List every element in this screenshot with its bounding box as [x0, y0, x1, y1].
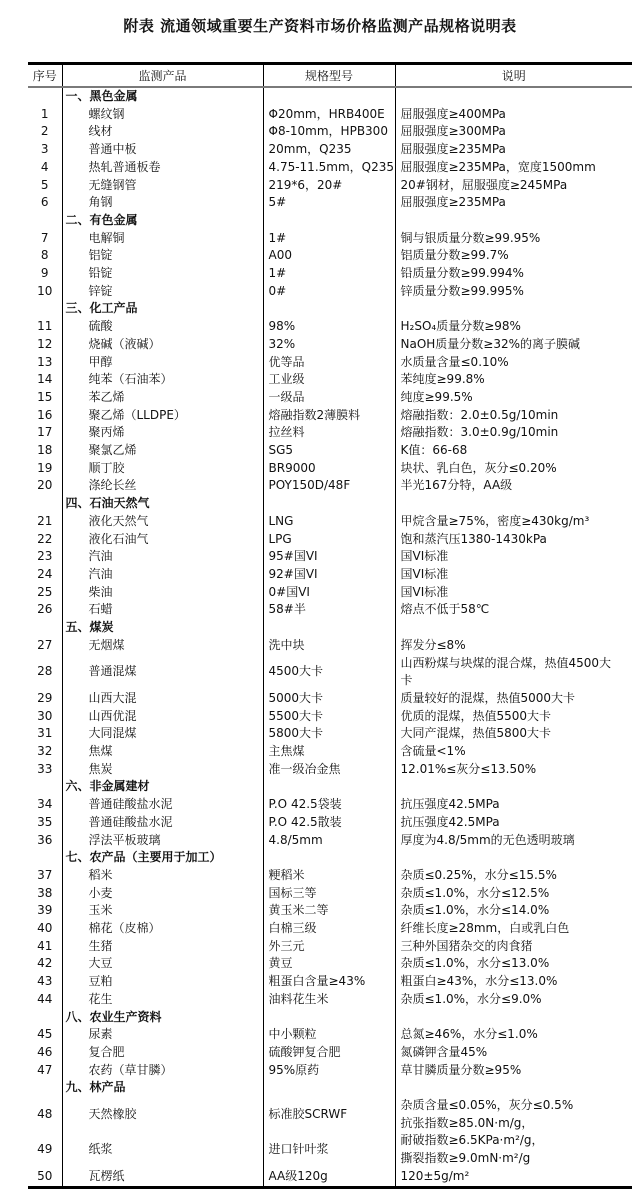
cell-spec: [263, 1009, 395, 1027]
cell-product: 纸浆: [62, 1132, 263, 1167]
cell-product: 涤纶长丝: [62, 477, 263, 495]
cell-product: 苯乙烯: [62, 389, 263, 407]
cell-desc: 铅质量分数≥99.994%: [395, 265, 632, 283]
cell-desc: 质量较好的混煤，热值5000大卡: [395, 690, 632, 708]
cell-desc: 含硫量<1%: [395, 743, 632, 761]
cell-spec: 0#国VI: [263, 584, 395, 602]
section-row: 五、煤炭: [28, 619, 632, 637]
table-row: 24汽油92#国VI国VI标准: [28, 566, 632, 584]
cell-spec: 0#: [263, 283, 395, 301]
page-title: 附表 流通领域重要生产资料市场价格监测产品规格说明表: [0, 15, 640, 36]
cell-desc: 杂质≤1.0%，水分≤14.0%: [395, 902, 632, 920]
cell-no: 45: [28, 1026, 62, 1044]
cell-product: 普通硅酸盐水泥: [62, 796, 263, 814]
cell-spec: 4500大卡: [263, 655, 395, 690]
cell-no: 43: [28, 973, 62, 991]
cell-spec: 白棉三级: [263, 920, 395, 938]
table-row: 6角钢5#屈服强度≥235MPa: [28, 194, 632, 212]
cell-spec: 58#半: [263, 601, 395, 619]
cell-no: 19: [28, 460, 62, 478]
section-label: 五、煤炭: [62, 619, 263, 637]
cell-spec: 92#国VI: [263, 566, 395, 584]
cell-no: 38: [28, 885, 62, 903]
cell-no: 21: [28, 513, 62, 531]
cell-spec: 5800大卡: [263, 725, 395, 743]
cell-no: [28, 495, 62, 513]
cell-spec: AA级120g: [263, 1168, 395, 1187]
cell-desc: 杂质≤1.0%，水分≤13.0%: [395, 955, 632, 973]
section-label: 三、化工产品: [62, 300, 263, 318]
header-product: 监测产品: [62, 64, 263, 88]
table-row: 34普通硅酸盐水泥P.O 42.5袋装抗压强度42.5MPa: [28, 796, 632, 814]
cell-desc: 块状、乳白色，灰分≤0.20%: [395, 460, 632, 478]
cell-desc: [395, 619, 632, 637]
table-row: 48天然橡胶标准胶SCRWF杂质含量≤0.05%，灰分≤0.5% 抗张指数≥85…: [28, 1097, 632, 1132]
table-row: 10锌锭0#锌质量分数≥99.995%: [28, 283, 632, 301]
table-row: 50瓦楞纸AA级120g120±5g/m²: [28, 1168, 632, 1187]
cell-desc: 20#钢材，屈服强度≥245MPa: [395, 177, 632, 195]
cell-spec: [263, 212, 395, 230]
cell-spec: Φ8-10mm，HPB300: [263, 123, 395, 141]
cell-desc: [395, 778, 632, 796]
cell-spec: 准一级冶金焦: [263, 761, 395, 779]
cell-no: 42: [28, 955, 62, 973]
cell-product: 顺丁胶: [62, 460, 263, 478]
cell-product: 普通混煤: [62, 655, 263, 690]
cell-product: 铝锭: [62, 247, 263, 265]
cell-desc: 熔融指数：2.0±0.5g/10min: [395, 407, 632, 425]
cell-spec: 硫酸钾复合肥: [263, 1044, 395, 1062]
table-row: 3普通中板20mm，Q235屈服强度≥235MPa: [28, 141, 632, 159]
cell-no: 49: [28, 1132, 62, 1167]
cell-spec: 标准胶SCRWF: [263, 1097, 395, 1132]
cell-product: 农药（草甘膦）: [62, 1062, 263, 1080]
cell-product: 花生: [62, 991, 263, 1009]
table-row: 11硫酸98%H₂SO₄质量分数≥98%: [28, 318, 632, 336]
cell-no: 35: [28, 814, 62, 832]
cell-product: 液化石油气: [62, 531, 263, 549]
cell-product: 聚乙烯（LLDPE）: [62, 407, 263, 425]
cell-spec: SG5: [263, 442, 395, 460]
cell-spec: P.O 42.5袋装: [263, 796, 395, 814]
cell-spec: [263, 849, 395, 867]
cell-product: 聚丙烯: [62, 424, 263, 442]
cell-desc: 山西粉煤与块煤的混合煤，热值4500大 卡: [395, 655, 632, 690]
table-row: 46复合肥硫酸钾复合肥氮磷钾含量45%: [28, 1044, 632, 1062]
cell-desc: 杂质≤0.25%，水分≤15.5%: [395, 867, 632, 885]
cell-desc: 屈服强度≥235MPa: [395, 194, 632, 212]
cell-no: 20: [28, 477, 62, 495]
table-row: 13甲醇优等品水质量含量≤0.10%: [28, 354, 632, 372]
cell-product: 液化天然气: [62, 513, 263, 531]
section-row: 三、化工产品: [28, 300, 632, 318]
header-desc: 说明: [395, 64, 632, 88]
cell-product: 锌锭: [62, 283, 263, 301]
cell-product: 小麦: [62, 885, 263, 903]
cell-spec: 4.75-11.5mm，Q235: [263, 159, 395, 177]
section-label: 七、农产品（主要用于加工）: [62, 849, 263, 867]
cell-spec: 中小颗粒: [263, 1026, 395, 1044]
cell-spec: 黄豆: [263, 955, 395, 973]
cell-desc: [395, 300, 632, 318]
cell-product: 浮法平板玻璃: [62, 832, 263, 850]
cell-spec: 95%原药: [263, 1062, 395, 1080]
cell-desc: 粗蛋白≥43%，水分≤13.0%: [395, 973, 632, 991]
cell-no: 25: [28, 584, 62, 602]
cell-no: 40: [28, 920, 62, 938]
cell-no: 17: [28, 424, 62, 442]
cell-product: 角钢: [62, 194, 263, 212]
cell-no: 22: [28, 531, 62, 549]
cell-no: 2: [28, 123, 62, 141]
cell-product: 复合肥: [62, 1044, 263, 1062]
cell-spec: Φ20mm，HRB400E: [263, 106, 395, 124]
table-row: 12烧碱（液碱）32%NaOH质量分数≥32%的离子膜碱: [28, 336, 632, 354]
cell-product: 瓦楞纸: [62, 1168, 263, 1187]
cell-spec: 粗蛋白含量≥43%: [263, 973, 395, 991]
cell-no: 48: [28, 1097, 62, 1132]
cell-desc: 屈服强度≥235MPa，宽度1500mm: [395, 159, 632, 177]
cell-desc: 厚度为4.8/5mm的无色透明玻璃: [395, 832, 632, 850]
cell-product: 汽油: [62, 548, 263, 566]
cell-spec: 优等品: [263, 354, 395, 372]
cell-no: 14: [28, 371, 62, 389]
cell-no: 29: [28, 690, 62, 708]
section-row: 九、林产品: [28, 1079, 632, 1097]
cell-desc: 水质量含量≤0.10%: [395, 354, 632, 372]
cell-no: 5: [28, 177, 62, 195]
cell-no: 32: [28, 743, 62, 761]
cell-product: 线材: [62, 123, 263, 141]
cell-product: 豆粕: [62, 973, 263, 991]
cell-desc: 杂质含量≤0.05%，灰分≤0.5% 抗张指数≥85.0N·m/g，: [395, 1097, 632, 1132]
cell-spec: BR9000: [263, 460, 395, 478]
section-label: 四、石油天然气: [62, 495, 263, 513]
cell-desc: 草甘膦质量分数≥95%: [395, 1062, 632, 1080]
table-row: 26石蜡58#半熔点不低于58℃: [28, 601, 632, 619]
cell-no: 30: [28, 708, 62, 726]
cell-product: 焦煤: [62, 743, 263, 761]
cell-product: 柴油: [62, 584, 263, 602]
table-row: 41生猪外三元三种外国猪杂交的肉食猪: [28, 938, 632, 956]
cell-desc: 杂质≤1.0%，水分≤12.5%: [395, 885, 632, 903]
cell-desc: 120±5g/m²: [395, 1168, 632, 1187]
cell-product: 玉米: [62, 902, 263, 920]
header-spec: 规格型号: [263, 64, 395, 88]
cell-product: 汽油: [62, 566, 263, 584]
cell-spec: [263, 87, 395, 106]
cell-no: 23: [28, 548, 62, 566]
cell-product: 螺纹钢: [62, 106, 263, 124]
cell-no: 33: [28, 761, 62, 779]
cell-desc: [395, 87, 632, 106]
cell-product: 棉花（皮棉）: [62, 920, 263, 938]
cell-no: [28, 1079, 62, 1097]
table-row: 28普通混煤4500大卡山西粉煤与块煤的混合煤，热值4500大 卡: [28, 655, 632, 690]
cell-no: 27: [28, 637, 62, 655]
cell-no: 34: [28, 796, 62, 814]
cell-product: 电解铜: [62, 230, 263, 248]
cell-product: 纯苯（石油苯）: [62, 371, 263, 389]
cell-desc: 抗压强度42.5MPa: [395, 814, 632, 832]
cell-desc: 12.01%≤灰分≤13.50%: [395, 761, 632, 779]
cell-no: 24: [28, 566, 62, 584]
cell-desc: [395, 212, 632, 230]
cell-spec: 熔融指数2薄膜料: [263, 407, 395, 425]
table-row: 29山西大混5000大卡质量较好的混煤，热值5000大卡: [28, 690, 632, 708]
section-label: 六、非金属建材: [62, 778, 263, 796]
cell-spec: POY150D/48F: [263, 477, 395, 495]
document-page: 附表 流通领域重要生产资料市场价格监测产品规格说明表 序号 监测产品 规格型号 …: [0, 0, 640, 1200]
cell-no: 6: [28, 194, 62, 212]
table-row: 1螺纹钢Φ20mm，HRB400E屈服强度≥400MPa: [28, 106, 632, 124]
section-row: 八、农业生产资料: [28, 1009, 632, 1027]
cell-product: 无缝钢管: [62, 177, 263, 195]
table-row: 5无缝钢管219*6，20#20#钢材，屈服强度≥245MPa: [28, 177, 632, 195]
cell-desc: 国VI标准: [395, 566, 632, 584]
table-row: 18聚氯乙烯SG5K值：66-68: [28, 442, 632, 460]
table-row: 32焦煤主焦煤含硫量<1%: [28, 743, 632, 761]
table-row: 35普通硅酸盐水泥P.O 42.5散装抗压强度42.5MPa: [28, 814, 632, 832]
section-label: 九、林产品: [62, 1079, 263, 1097]
cell-desc: 熔点不低于58℃: [395, 601, 632, 619]
table-row: 40棉花（皮棉）白棉三级纤维长度≥28mm，白或乳白色: [28, 920, 632, 938]
cell-spec: LNG: [263, 513, 395, 531]
cell-no: 18: [28, 442, 62, 460]
cell-no: [28, 87, 62, 106]
cell-no: 31: [28, 725, 62, 743]
cell-desc: 屈服强度≥300MPa: [395, 123, 632, 141]
section-label: 一、黑色金属: [62, 87, 263, 106]
cell-desc: 纯度≥99.5%: [395, 389, 632, 407]
cell-spec: 进口针叶浆: [263, 1132, 395, 1167]
cell-desc: 杂质≤1.0%，水分≤9.0%: [395, 991, 632, 1009]
section-row: 一、黑色金属: [28, 87, 632, 106]
table-row: 37稻米粳稻米杂质≤0.25%，水分≤15.5%: [28, 867, 632, 885]
cell-product: 烧碱（液碱）: [62, 336, 263, 354]
cell-product: 热轧普通板卷: [62, 159, 263, 177]
section-row: 七、农产品（主要用于加工）: [28, 849, 632, 867]
cell-product: 焦炭: [62, 761, 263, 779]
table-row: 14纯苯（石油苯）工业级苯纯度≥99.8%: [28, 371, 632, 389]
table-row: 25柴油0#国VI国VI标准: [28, 584, 632, 602]
cell-desc: 抗压强度42.5MPa: [395, 796, 632, 814]
cell-no: 26: [28, 601, 62, 619]
cell-no: 3: [28, 141, 62, 159]
cell-no: 15: [28, 389, 62, 407]
table-row: 8铝锭A00铝质量分数≥99.7%: [28, 247, 632, 265]
cell-spec: [263, 778, 395, 796]
table-row: 42大豆黄豆杂质≤1.0%，水分≤13.0%: [28, 955, 632, 973]
cell-no: [28, 778, 62, 796]
section-label: 二、有色金属: [62, 212, 263, 230]
cell-no: [28, 849, 62, 867]
cell-product: 普通硅酸盐水泥: [62, 814, 263, 832]
table-row: 7电解铜1#铜与银质量分数≥99.95%: [28, 230, 632, 248]
cell-spec: 粳稻米: [263, 867, 395, 885]
table-body: 一、黑色金属1螺纹钢Φ20mm，HRB400E屈服强度≥400MPa2线材Φ8-…: [28, 87, 632, 1187]
cell-product: 稻米: [62, 867, 263, 885]
section-row: 二、有色金属: [28, 212, 632, 230]
cell-spec: 油料花生米: [263, 991, 395, 1009]
cell-spec: A00: [263, 247, 395, 265]
cell-product: 大同混煤: [62, 725, 263, 743]
cell-desc: 三种外国猪杂交的肉食猪: [395, 938, 632, 956]
cell-desc: 饱和蒸汽压1380-1430kPa: [395, 531, 632, 549]
cell-no: 1: [28, 106, 62, 124]
cell-desc: NaOH质量分数≥32%的离子膜碱: [395, 336, 632, 354]
cell-no: [28, 1009, 62, 1027]
table-row: 15苯乙烯一级品纯度≥99.5%: [28, 389, 632, 407]
cell-no: 47: [28, 1062, 62, 1080]
cell-product: 山西优混: [62, 708, 263, 726]
cell-desc: 大同产混煤，热值5800大卡: [395, 725, 632, 743]
cell-desc: 铜与银质量分数≥99.95%: [395, 230, 632, 248]
cell-no: 46: [28, 1044, 62, 1062]
cell-spec: 5500大卡: [263, 708, 395, 726]
cell-no: [28, 300, 62, 318]
table-row: 36浮法平板玻璃4.8/5mm厚度为4.8/5mm的无色透明玻璃: [28, 832, 632, 850]
cell-no: 37: [28, 867, 62, 885]
cell-product: 天然橡胶: [62, 1097, 263, 1132]
cell-spec: 20mm，Q235: [263, 141, 395, 159]
cell-desc: 屈服强度≥235MPa: [395, 141, 632, 159]
table-header: 序号 监测产品 规格型号 说明: [28, 64, 632, 88]
cell-desc: 优质的混煤，热值5500大卡: [395, 708, 632, 726]
table-row: 19顺丁胶BR9000块状、乳白色，灰分≤0.20%: [28, 460, 632, 478]
cell-product: 普通中板: [62, 141, 263, 159]
cell-desc: 国VI标准: [395, 548, 632, 566]
table-row: 39玉米黄玉米二等杂质≤1.0%，水分≤14.0%: [28, 902, 632, 920]
cell-desc: 耐破指数≥6.5KPa·m²/g， 撕裂指数≥9.0mN·m²/g: [395, 1132, 632, 1167]
cell-spec: [263, 1079, 395, 1097]
table-row: 49纸浆进口针叶浆耐破指数≥6.5KPa·m²/g， 撕裂指数≥9.0mN·m²…: [28, 1132, 632, 1167]
cell-product: 硫酸: [62, 318, 263, 336]
cell-no: 41: [28, 938, 62, 956]
table-row: 16聚乙烯（LLDPE）熔融指数2薄膜料熔融指数：2.0±0.5g/10min: [28, 407, 632, 425]
table-row: 2线材Φ8-10mm，HPB300屈服强度≥300MPa: [28, 123, 632, 141]
section-row: 六、非金属建材: [28, 778, 632, 796]
header-no: 序号: [28, 64, 62, 88]
cell-desc: [395, 1079, 632, 1097]
cell-spec: [263, 300, 395, 318]
table-row: 45尿素中小颗粒总氮≥46%，水分≤1.0%: [28, 1026, 632, 1044]
cell-spec: 拉丝料: [263, 424, 395, 442]
table-row: 33焦炭准一级冶金焦12.01%≤灰分≤13.50%: [28, 761, 632, 779]
table-row: 22液化石油气LPG饱和蒸汽压1380-1430kPa: [28, 531, 632, 549]
table-row: 23汽油95#国VI国VI标准: [28, 548, 632, 566]
cell-desc: [395, 1009, 632, 1027]
cell-no: 7: [28, 230, 62, 248]
table-row: 43豆粕粗蛋白含量≥43%粗蛋白≥43%，水分≤13.0%: [28, 973, 632, 991]
cell-spec: 黄玉米二等: [263, 902, 395, 920]
cell-desc: 屈服强度≥400MPa: [395, 106, 632, 124]
cell-spec: 1#: [263, 265, 395, 283]
cell-desc: 挥发分≤8%: [395, 637, 632, 655]
cell-spec: 5#: [263, 194, 395, 212]
cell-product: 聚氯乙烯: [62, 442, 263, 460]
cell-no: 13: [28, 354, 62, 372]
cell-desc: 总氮≥46%，水分≤1.0%: [395, 1026, 632, 1044]
table-row: 21液化天然气LNG甲烷含量≥75%，密度≥430kg/m³: [28, 513, 632, 531]
cell-no: [28, 619, 62, 637]
cell-no: 11: [28, 318, 62, 336]
cell-spec: 1#: [263, 230, 395, 248]
table-row: 4热轧普通板卷4.75-11.5mm，Q235屈服强度≥235MPa，宽度150…: [28, 159, 632, 177]
cell-product: 无烟煤: [62, 637, 263, 655]
cell-no: 44: [28, 991, 62, 1009]
cell-no: 8: [28, 247, 62, 265]
cell-desc: 熔融指数：3.0±0.9g/10min: [395, 424, 632, 442]
cell-desc: 铝质量分数≥99.7%: [395, 247, 632, 265]
cell-product: 甲醇: [62, 354, 263, 372]
cell-no: 39: [28, 902, 62, 920]
cell-desc: 氮磷钾含量45%: [395, 1044, 632, 1062]
cell-spec: 外三元: [263, 938, 395, 956]
cell-no: 28: [28, 655, 62, 690]
cell-no: 16: [28, 407, 62, 425]
table-row: 47农药（草甘膦）95%原药草甘膦质量分数≥95%: [28, 1062, 632, 1080]
cell-product: 生猪: [62, 938, 263, 956]
cell-spec: 洗中块: [263, 637, 395, 655]
cell-desc: [395, 495, 632, 513]
cell-no: [28, 212, 62, 230]
cell-product: 山西大混: [62, 690, 263, 708]
cell-desc: K值：66-68: [395, 442, 632, 460]
cell-no: 9: [28, 265, 62, 283]
cell-no: 36: [28, 832, 62, 850]
cell-spec: [263, 619, 395, 637]
cell-desc: 锌质量分数≥99.995%: [395, 283, 632, 301]
cell-spec: 工业级: [263, 371, 395, 389]
cell-product: 铅锭: [62, 265, 263, 283]
cell-desc: H₂SO₄质量分数≥98%: [395, 318, 632, 336]
cell-spec: 98%: [263, 318, 395, 336]
cell-spec: 国标三等: [263, 885, 395, 903]
cell-no: 50: [28, 1168, 62, 1187]
cell-spec: 32%: [263, 336, 395, 354]
table-row: 20涤纶长丝POY150D/48F半光167分特，AA级: [28, 477, 632, 495]
cell-desc: 甲烷含量≥75%，密度≥430kg/m³: [395, 513, 632, 531]
table-row: 27无烟煤洗中块挥发分≤8%: [28, 637, 632, 655]
cell-desc: 半光167分特，AA级: [395, 477, 632, 495]
cell-desc: 国VI标准: [395, 584, 632, 602]
cell-desc: 苯纯度≥99.8%: [395, 371, 632, 389]
section-label: 八、农业生产资料: [62, 1009, 263, 1027]
table-row: 44花生油料花生米杂质≤1.0%，水分≤9.0%: [28, 991, 632, 1009]
table-row: 9铅锭1#铅质量分数≥99.994%: [28, 265, 632, 283]
spec-table: 序号 监测产品 规格型号 说明 一、黑色金属1螺纹钢Φ20mm，HRB400E屈…: [28, 62, 632, 1189]
cell-no: 4: [28, 159, 62, 177]
cell-spec: LPG: [263, 531, 395, 549]
cell-no: 12: [28, 336, 62, 354]
table-row: 31大同混煤5800大卡大同产混煤，热值5800大卡: [28, 725, 632, 743]
header-row: 序号 监测产品 规格型号 说明: [28, 64, 632, 88]
cell-product: 石蜡: [62, 601, 263, 619]
cell-spec: 4.8/5mm: [263, 832, 395, 850]
cell-spec: 5000大卡: [263, 690, 395, 708]
table-row: 17聚丙烯拉丝料熔融指数：3.0±0.9g/10min: [28, 424, 632, 442]
cell-spec: 95#国VI: [263, 548, 395, 566]
table-row: 38小麦国标三等杂质≤1.0%，水分≤12.5%: [28, 885, 632, 903]
cell-spec: P.O 42.5散装: [263, 814, 395, 832]
cell-spec: [263, 495, 395, 513]
section-row: 四、石油天然气: [28, 495, 632, 513]
cell-spec: 219*6，20#: [263, 177, 395, 195]
cell-product: 大豆: [62, 955, 263, 973]
cell-no: 10: [28, 283, 62, 301]
table-row: 30山西优混5500大卡优质的混煤，热值5500大卡: [28, 708, 632, 726]
